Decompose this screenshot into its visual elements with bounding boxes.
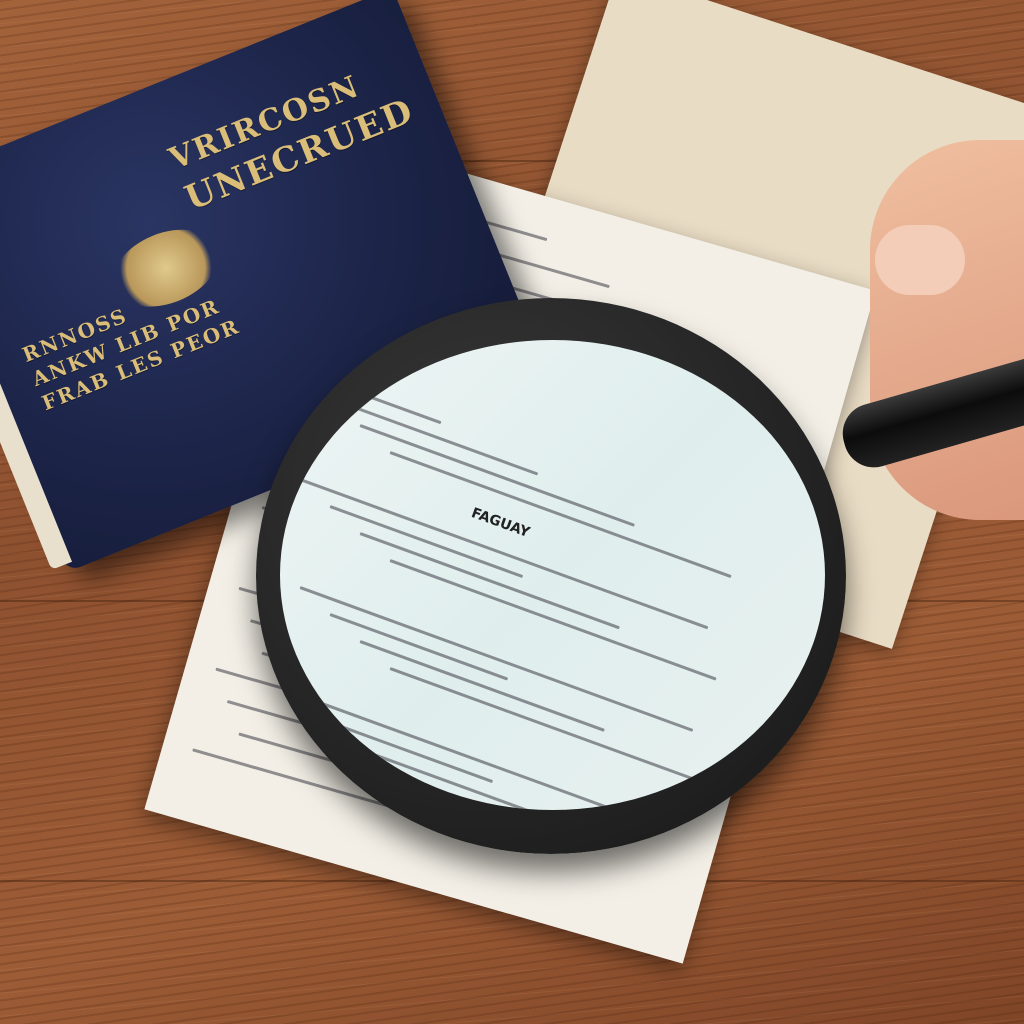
magnified-text-line	[299, 586, 693, 732]
magnified-text-line	[329, 397, 538, 475]
magnified-text-line	[359, 424, 634, 527]
desk-photo: VRIRCOSN UNECRUED RNNOSS ANKW LIB POR FR…	[0, 0, 1024, 1024]
magnified-text-line	[329, 613, 508, 680]
thumb	[875, 225, 965, 295]
magnified-text-line	[389, 451, 731, 578]
magnifier-lens	[280, 340, 825, 810]
magnified-text-line	[389, 559, 716, 681]
magnified-text-line	[299, 478, 708, 629]
magnified-text-line	[389, 667, 701, 783]
